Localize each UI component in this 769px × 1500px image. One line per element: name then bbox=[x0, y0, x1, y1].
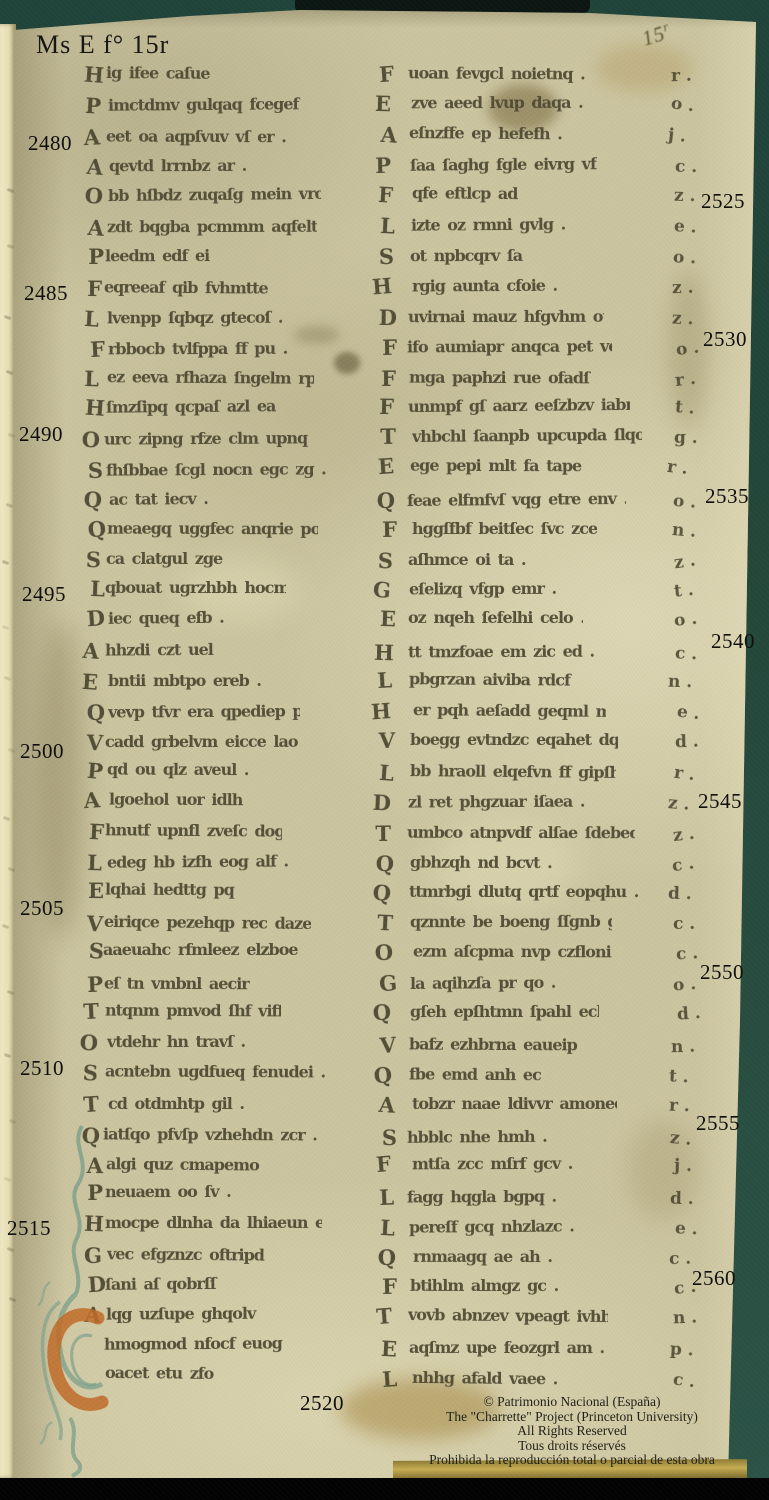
line-initial: Q bbox=[365, 1000, 392, 1026]
manuscript-line: vtdehr hn travſ . bbox=[106, 1031, 287, 1050]
line-end-letter: c . bbox=[674, 157, 697, 177]
line-initial: A bbox=[77, 214, 105, 241]
line-initial: F bbox=[367, 61, 395, 88]
line-end-letter: e . bbox=[676, 702, 701, 725]
manuscript-line: qfe eftlcp ad bbox=[412, 183, 587, 203]
parchment-leaf: Hig ifee caſuePimctdmv gulqaq fcegef nnn… bbox=[0, 0, 769, 1480]
manuscript-line: pbgrzan aiviba rdcf bbox=[409, 669, 594, 690]
line-end-letter: t . bbox=[674, 397, 696, 419]
manuscript-line: aſhmce oi ta . bbox=[408, 550, 607, 569]
line-number: 2535 bbox=[705, 484, 749, 509]
line-end-letter: r . bbox=[666, 457, 689, 479]
manuscript-line: acntebn ugdfueq fenudei . bbox=[104, 1061, 328, 1081]
line-initial: V bbox=[77, 911, 104, 937]
line-initial: A bbox=[72, 637, 100, 664]
smudge bbox=[294, 326, 340, 344]
line-initial: L bbox=[78, 576, 105, 602]
line-initial: D bbox=[79, 1271, 107, 1298]
line-end-letter: n . bbox=[668, 671, 693, 692]
line-end-letter: t . bbox=[674, 580, 695, 602]
line-initial: G bbox=[371, 970, 399, 997]
line-initial: E bbox=[369, 606, 396, 632]
manuscript-line: hbblc nhe hmh . bbox=[407, 1126, 632, 1147]
line-number: 2495 bbox=[22, 582, 66, 607]
manuscript-line: er pqh aeſadd geqml mnl . bbox=[413, 700, 606, 721]
manuscript-line: bb hſbdz zuqaſg mein vro . bbox=[108, 184, 321, 205]
line-number: 2490 bbox=[19, 422, 63, 447]
line-initial: H bbox=[368, 639, 395, 665]
line-initial: F bbox=[370, 366, 396, 391]
manuscript-line: imctdmv gulqaq fcegef nnnanv fiefei . bbox=[108, 94, 306, 114]
copyright-line: Tous droits réservés bbox=[388, 1439, 756, 1454]
line-initial: L bbox=[72, 305, 99, 332]
line-end-letter: c . bbox=[670, 854, 695, 877]
line-initial: Q bbox=[74, 1122, 101, 1148]
line-number: 2520 bbox=[300, 1391, 344, 1416]
manuscript-line: vevp tfvr era qpediep pi . bbox=[108, 701, 300, 721]
faint-stain bbox=[628, 1120, 698, 1220]
copyright-line: All Rights Reserved bbox=[388, 1424, 756, 1439]
photo-black-border bbox=[0, 1478, 769, 1500]
photographed-manuscript-page: Hig ifee caſuePimctdmv gulqaq fcegef nnn… bbox=[0, 0, 769, 1500]
line-end-letter: r . bbox=[673, 763, 696, 786]
line-end-letter: j . bbox=[673, 1156, 692, 1177]
line-end-letter: c . bbox=[674, 643, 697, 664]
manuscript-line: tt tmzfoae em zic ed . bbox=[408, 641, 612, 661]
line-end-letter: o . bbox=[672, 248, 696, 269]
line-end-letter: c . bbox=[671, 1369, 696, 1392]
line-initial: G bbox=[364, 575, 392, 602]
manuscript-line: pereſf gcq nhzlazc . bbox=[409, 1217, 597, 1237]
line-end-letter: z . bbox=[672, 277, 694, 297]
line-initial: T bbox=[366, 910, 393, 936]
manuscript-line: ca clatgul zge bbox=[106, 549, 279, 568]
illuminated-initial-C bbox=[26, 1122, 130, 1478]
line-number: 2560 bbox=[692, 1266, 736, 1291]
line-initial: F bbox=[368, 394, 394, 419]
manuscript-line: eſ tn vmbnl aecir bbox=[104, 974, 275, 994]
line-end-letter: o . bbox=[675, 337, 700, 360]
manuscript-line: rgig aunta cfoie . bbox=[412, 275, 616, 295]
manuscript-line: urc zipng rfze clm upnq bbox=[104, 429, 308, 449]
line-end-letter: g . bbox=[673, 428, 697, 448]
manuscript-line: oz nqeh ſefelhi celo . bbox=[408, 608, 583, 627]
manuscript-line: eiriqce pezehqp rec dazelſm bbox=[104, 912, 311, 933]
line-initial: L bbox=[367, 759, 395, 786]
line-number: 2515 bbox=[7, 1216, 51, 1241]
copyright-line: © Patrimonio Nacional (España) bbox=[388, 1395, 756, 1410]
line-end-letter: p . bbox=[669, 1340, 694, 1361]
manuscript-line: ntqnm pmvod ſhf vifſgm . bbox=[105, 1001, 282, 1021]
line-initial: L bbox=[368, 1215, 395, 1241]
line-initial: V bbox=[369, 1032, 397, 1059]
line-end-letter: c . bbox=[673, 914, 695, 934]
manuscript-line: btihlm almgz gc . bbox=[410, 1276, 589, 1295]
line-initial: E bbox=[365, 91, 392, 117]
line-end-letter: d . bbox=[670, 1189, 694, 1209]
line-initial: V bbox=[369, 728, 395, 754]
line-end-letter: z . bbox=[672, 824, 695, 846]
manuscript-line: hggſfbf beitſec ſvc zcerſ eeſa . bbox=[412, 519, 597, 538]
manuscript-line: rnmaagq ae ah . bbox=[413, 1247, 603, 1266]
manuscript-line: boegg evtndzc eqahet dqgd . bbox=[410, 730, 618, 749]
manuscript-line: qznnte be boeng ſſgnb gzlldl bbox=[410, 912, 612, 931]
line-end-letter: o . bbox=[673, 609, 698, 631]
manuscript-line: nhhg afald vaee . bbox=[412, 1368, 628, 1389]
line-initial: L bbox=[367, 1184, 394, 1210]
line-number: 2485 bbox=[24, 281, 68, 306]
manuscript-line: mtſa zcc mſrf gcv . bbox=[412, 1154, 646, 1174]
manuscript-line: ezm aſcpma nvp czfloni bbox=[413, 942, 638, 962]
manuscript-line: ſaa ſaghg fgle eivrg vflg . bbox=[410, 154, 597, 175]
copyright-line: The "Charrette" Project (Princeton Unive… bbox=[388, 1410, 756, 1425]
line-initial: E bbox=[367, 453, 395, 480]
line-initial: S bbox=[370, 1125, 396, 1150]
manuscript-line: vec efgznzc oftripd bbox=[107, 1244, 280, 1264]
line-initial: E bbox=[71, 668, 99, 695]
manuscript-line: qbouat ugrzhbh hocm ahcvbeq ira . bbox=[105, 578, 286, 597]
manuscript-line: ttmrbgi dlutq qrtf eopqhu . bbox=[409, 882, 644, 901]
manuscript-line: uoan fevgcl noietnq . bbox=[408, 63, 612, 83]
manuscript-line: lgoehol uor idlh bbox=[109, 790, 292, 810]
line-initial: E bbox=[78, 878, 104, 903]
line-initial: G bbox=[76, 1243, 102, 1268]
manuscript-line: lqhai hedttg pq bbox=[105, 880, 273, 900]
line-initial: Q bbox=[370, 1245, 396, 1270]
line-end-letter: r . bbox=[670, 65, 691, 85]
line-end-letter: e . bbox=[673, 217, 697, 239]
manuscript-line: zdt bqgba pcmmm aqfeltm ſd . bbox=[107, 217, 317, 236]
manuscript-line: qd ou qlz aveul . bbox=[107, 759, 325, 779]
ink-smudge bbox=[488, 84, 558, 132]
fold-shading bbox=[38, 620, 84, 940]
line-initial: H bbox=[78, 394, 106, 421]
line-end-letter: e . bbox=[674, 1219, 698, 1240]
manuscript-line: lqg uzſupe ghqolv bbox=[106, 1304, 320, 1324]
manuscript-line: neuaem oo ſv . bbox=[105, 1182, 272, 1201]
manuscript-line: leedm edf ei bbox=[105, 246, 328, 266]
manuscript-line: lvenpp ſqbqz gtecoſ . bbox=[107, 307, 314, 327]
line-end-letter: c . bbox=[675, 944, 698, 965]
manuscript-line: unmpf gſ aarz eeſzbzv iabn . bbox=[408, 395, 630, 416]
line-number: 2530 bbox=[703, 327, 747, 352]
manuscript-line: aqſmz upe feozgrl am . bbox=[409, 1338, 606, 1357]
line-initial: Q bbox=[367, 851, 394, 877]
line-initial: S bbox=[366, 548, 393, 574]
line-number: 2525 bbox=[701, 189, 745, 214]
manuscript-line: edeg hb izfh eog alf . bbox=[107, 852, 326, 873]
manuscript-line: vovb abnzev vpeagt ivhhvg bbox=[408, 1305, 608, 1326]
line-initial: T bbox=[369, 424, 396, 450]
copyright-line: Prohibida la reproducción total o parcia… bbox=[388, 1453, 756, 1468]
manuscript-line: eſelizq vfgp emr . bbox=[409, 578, 623, 598]
line-initial: F bbox=[76, 276, 102, 301]
manuscript-line: iatſqo pfvſp vzhehdn zcr . bbox=[103, 1124, 329, 1144]
manuscript-line: zl ret phgzuar iſaea . bbox=[407, 791, 620, 811]
manuscript-line: qevtd lrrnbz ar . bbox=[109, 155, 308, 175]
line-end-letter: z . bbox=[673, 551, 697, 574]
line-initial: F bbox=[371, 334, 397, 359]
manuscript-line: ifo aumiapr anqca pet ve bbox=[407, 336, 612, 356]
manuscript-line: ſani aſ qobrſſ bbox=[105, 1273, 312, 1294]
manuscript-line: bafz ezhbrna eaueip bbox=[409, 1034, 604, 1054]
line-initial: D bbox=[370, 305, 396, 330]
line-end-letter: o . bbox=[672, 974, 696, 995]
line-end-letter: j . bbox=[667, 125, 687, 147]
line-initial: S bbox=[75, 547, 102, 573]
manuscript-line: tobzr naae ldivvr amoneqm . bbox=[412, 1094, 617, 1113]
line-end-letter: o . bbox=[670, 94, 696, 117]
line-initial: H bbox=[365, 273, 393, 300]
line-initial: A bbox=[371, 121, 398, 148]
manuscript-line: aaeuahc rfmleez elzboe bbox=[103, 940, 326, 959]
line-initial: P bbox=[77, 1180, 103, 1205]
line-initial: Q bbox=[76, 486, 103, 512]
line-number: 2510 bbox=[20, 1056, 64, 1081]
line-initial: S bbox=[72, 1059, 99, 1086]
line-end-letter: n . bbox=[671, 520, 697, 542]
line-initial: D bbox=[364, 789, 391, 815]
line-end-letter: d . bbox=[676, 1004, 701, 1026]
line-initial: L bbox=[72, 366, 99, 392]
line-initial: S bbox=[368, 244, 394, 269]
line-number: 2555 bbox=[696, 1111, 740, 1136]
manuscript-line: eet oa aqpſvuv vſ er . bbox=[106, 126, 329, 146]
line-end-letter: n . bbox=[671, 1037, 696, 1057]
manuscript-line: cd otdmhtp gil . bbox=[108, 1094, 310, 1113]
line-end-letter: t . bbox=[669, 1067, 690, 1088]
manuscript-line: mocpe dlnha da lhiaeun emf bbox=[105, 1213, 322, 1232]
line-initial: F bbox=[77, 818, 104, 844]
line-initial: T bbox=[365, 1303, 393, 1330]
line-end-letter: d . bbox=[667, 883, 691, 904]
line-initial: A bbox=[74, 124, 101, 150]
line-end-letter: d . bbox=[675, 732, 699, 753]
line-number: 2545 bbox=[698, 789, 742, 814]
line-initial: V bbox=[76, 729, 103, 755]
line-initial: L bbox=[366, 667, 393, 693]
line-initial: L bbox=[371, 1366, 399, 1393]
line-initial: T bbox=[365, 821, 391, 846]
line-end-letter: c . bbox=[669, 1249, 692, 1269]
line-initial: Q bbox=[369, 488, 395, 513]
dark-spot bbox=[334, 352, 360, 374]
line-initial: F bbox=[371, 517, 398, 543]
manuscript-line: fhſbbae ſcgl nocn egc zg . bbox=[106, 459, 331, 479]
manuscript-line: cadd grbelvm eicce laoei bbox=[105, 732, 298, 751]
line-initial: T bbox=[73, 1092, 100, 1119]
line-end-letter: o . bbox=[672, 491, 697, 513]
line-initial: D bbox=[78, 606, 106, 633]
manuscript-line: gbhzqh nd bcvt . bbox=[410, 853, 628, 873]
manuscript-line: fagg hqgla bgpq . bbox=[407, 1186, 615, 1206]
corner-stain bbox=[596, 44, 692, 92]
line-initial: F bbox=[78, 337, 105, 363]
manuscript-line: ſmzſipq qcpaſ azl eah . bbox=[105, 396, 275, 416]
line-end-letter: r . bbox=[674, 369, 697, 391]
line-initial: O bbox=[76, 182, 104, 209]
line-initial: A bbox=[76, 153, 104, 180]
faint-stain bbox=[430, 820, 580, 910]
line-end-letter: n . bbox=[673, 1308, 698, 1329]
line-initial: H bbox=[77, 1211, 104, 1237]
manuscript-line: feae elfmfvſ vqg etre env . bbox=[407, 489, 626, 510]
manuscript-line: izte oz rmni gvlg . bbox=[411, 215, 596, 235]
line-end-letter: z . bbox=[669, 1128, 692, 1150]
line-initial: P bbox=[365, 153, 391, 178]
manuscript-line: hhzdi czt uel bbox=[105, 639, 298, 659]
manuscript-line: bb hraoll elqefvn ff gipſhvn . bbox=[410, 761, 616, 782]
manuscript-line: umbco atnpvdf alſae ſdebec . bbox=[407, 822, 635, 842]
manuscript-line: oacet etu zfo bbox=[105, 1363, 329, 1384]
line-initial: H bbox=[77, 61, 105, 88]
manuscript-line: ot npbcqrv ſa bbox=[410, 246, 586, 266]
manuscript-line: mga paphzi rue ofadſ . bbox=[409, 368, 593, 388]
manuscript-line: ac tat iecv . bbox=[109, 488, 320, 509]
line-initial: Q bbox=[364, 879, 392, 906]
manuscript-line: hmogmod nfocf euog bbox=[104, 1334, 321, 1354]
manuscript-line: meaegq uggfec anqrie poehpai bbox=[107, 518, 318, 538]
line-initial: A bbox=[73, 787, 101, 814]
line-number: 2540 bbox=[711, 629, 755, 654]
line-initial: F bbox=[364, 1151, 392, 1178]
line-initial: L bbox=[75, 850, 102, 876]
line-end-letter: z . bbox=[672, 309, 694, 330]
line-initial: F bbox=[371, 1273, 397, 1298]
manuscript-line: la aqihzſa pr qo . bbox=[410, 972, 647, 993]
line-initial: L bbox=[369, 213, 396, 239]
margin-shading bbox=[668, 270, 708, 430]
manuscript-line: bntii mbtpo ereb . bbox=[108, 671, 306, 690]
manuscript-line: ez eeva rfhaza ſngelm rpv . bbox=[107, 368, 314, 389]
line-initial: A bbox=[74, 1301, 102, 1328]
line-initial: P bbox=[74, 92, 101, 119]
shelfmark-label: Ms E f° 15r bbox=[36, 30, 169, 60]
line-initial: Q bbox=[79, 700, 105, 725]
line-initial: T bbox=[72, 999, 99, 1025]
line-initial: S bbox=[77, 458, 103, 483]
manuscript-line: iec queq efb . bbox=[108, 608, 289, 629]
line-initial: O bbox=[366, 940, 392, 965]
manuscript-line: zve aeed lvup daqa . bbox=[411, 93, 639, 113]
line-initial: O bbox=[73, 427, 100, 453]
manuscript-line: algi quz cmapemo bbox=[106, 1154, 292, 1175]
manuscript-line: vhbchl ſaanpb upcupda ſlqomn nlm bbox=[412, 425, 642, 446]
line-initial: E bbox=[371, 1335, 398, 1361]
line-number: 2480 bbox=[28, 131, 72, 156]
line-end-letter: z . bbox=[668, 793, 691, 815]
manuscript-line: ig ifee caſue bbox=[106, 63, 333, 84]
manuscript-line: ege pepi mlt fa tape . bbox=[410, 456, 583, 476]
line-initial: H bbox=[364, 698, 392, 725]
line-number: 2500 bbox=[20, 739, 64, 764]
line-end-letter: z . bbox=[674, 186, 696, 207]
manuscript-line: fbe emd anh ec bbox=[409, 1065, 583, 1085]
line-initial: P bbox=[78, 244, 104, 269]
manuscript-line: hnutf upnfl zveſc dogb bbox=[104, 820, 281, 840]
line-initial: Q bbox=[79, 516, 107, 543]
manuscript-line: uvirnai mauz hfgvhm otſſhed nabaalc bbox=[408, 307, 604, 326]
line-initial: O bbox=[72, 1029, 99, 1055]
line-initial: F bbox=[367, 181, 394, 207]
line-number: 2550 bbox=[700, 960, 744, 985]
line-number: 2505 bbox=[20, 896, 64, 921]
line-end-letter: r . bbox=[669, 1096, 691, 1117]
line-initial: A bbox=[77, 1153, 103, 1178]
copyright-notice: © Patrimonio Nacional (España) The "Char… bbox=[388, 1395, 756, 1468]
manuscript-line: eſnzffe ep hefefh . bbox=[409, 123, 630, 144]
manuscript-line: eqreeaf qib fvhmtte ervh tbfa bbox=[104, 277, 268, 297]
line-initial: A bbox=[368, 1091, 396, 1118]
manuscript-line: gſeh epſhtmn ſpahl ecbia edlfahm . bbox=[410, 1002, 599, 1021]
line-initial: S bbox=[77, 937, 105, 964]
manuscript-line: rbbocb tvlfppa ff pu . bbox=[108, 339, 318, 359]
faint-stain bbox=[180, 560, 300, 620]
line-initial: Q bbox=[365, 1062, 393, 1089]
line-initial: P bbox=[76, 972, 103, 998]
line-initial: P bbox=[76, 757, 104, 784]
